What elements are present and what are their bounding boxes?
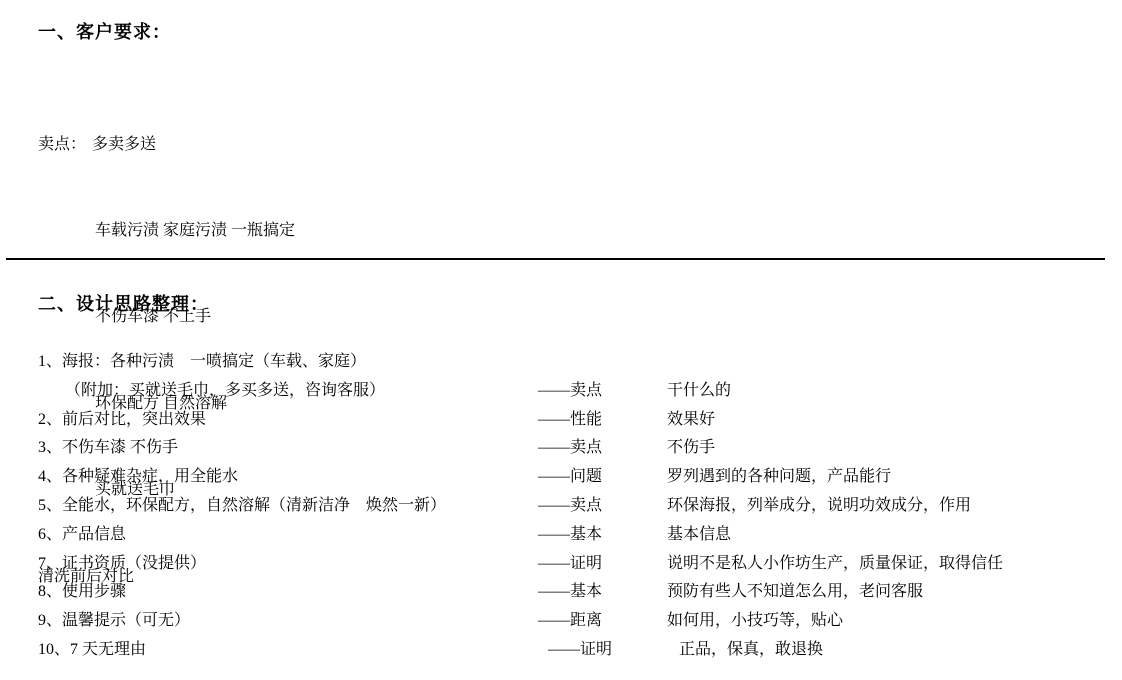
list-item: 6、产品信息 ——基本 基本信息 xyxy=(0,521,1122,550)
item-text: （附加：买就送毛巾，多买多送，咨询客服） xyxy=(65,377,385,406)
item-note: 正品，保真，敢退换 xyxy=(679,636,823,665)
selling-point: 车载污渍 家庭污渍 一瓶搞定 xyxy=(38,217,295,246)
item-note: 预防有些人不知道怎么用，老问客服 xyxy=(667,578,923,607)
item-text: 7、证书资质（没提供） xyxy=(38,550,206,579)
item-text: 3、不伤车漆 不伤手 xyxy=(38,434,178,463)
item-tag: ——问题 xyxy=(538,463,602,492)
item-tag: ——证明 xyxy=(548,636,612,665)
list-item: 5、全能水，环保配方，自然溶解（清新洁净 焕然一新） ——卖点 环保海报，列举成… xyxy=(0,492,1122,521)
item-text: 9、温馨提示（可无） xyxy=(38,607,190,636)
item-note: 干什么的 xyxy=(667,377,731,406)
design-ideas-list: 1、海报：各种污渍 一喷搞定（车载、家庭） （附加：买就送毛巾，多买多送，咨询客… xyxy=(0,348,1122,665)
item-text: 4、各种疑难杂症，用全能水 xyxy=(38,463,238,492)
item-tag: ——基本 xyxy=(538,521,602,550)
item-tag: ——性能 xyxy=(538,406,602,435)
list-item: 7、证书资质（没提供） ——证明 说明不是私人小作坊生产，质量保证，取得信任 xyxy=(0,550,1122,579)
list-item: 2、前后对比，突出效果 ——性能 效果好 xyxy=(0,406,1122,435)
item-tag: ——卖点 xyxy=(538,492,602,521)
list-item: 9、温馨提示（可无） ——距离 如何用，小技巧等，贴心 xyxy=(0,607,1122,636)
horizontal-divider xyxy=(6,258,1105,260)
list-item: 1、海报：各种污渍 一喷搞定（车载、家庭） xyxy=(0,348,1122,377)
item-note: 说明不是私人小作坊生产，质量保证，取得信任 xyxy=(667,550,1003,579)
item-text: 2、前后对比，突出效果 xyxy=(38,406,206,435)
item-text: 8、使用步骤 xyxy=(38,578,126,607)
selling-points-line: 卖点：多卖多送 xyxy=(38,131,295,160)
list-item: 4、各种疑难杂症，用全能水 ——问题 罗列遇到的各种问题，产品能行 xyxy=(0,463,1122,492)
item-note: 基本信息 xyxy=(667,521,731,550)
document-page: 一、客户要求： 卖点：多卖多送 车载污渍 家庭污渍 一瓶搞定 不伤车漆 不上手 … xyxy=(0,0,1122,680)
item-note: 环保海报，列举成分，说明功效成分，作用 xyxy=(667,492,971,521)
item-tag: ——卖点 xyxy=(538,377,602,406)
item-text: 5、全能水，环保配方，自然溶解（清新洁净 焕然一新） xyxy=(38,492,446,521)
item-note: 罗列遇到的各种问题，产品能行 xyxy=(667,463,891,492)
item-note: 效果好 xyxy=(667,406,715,435)
item-tag: ——基本 xyxy=(538,578,602,607)
list-item: 8、使用步骤 ——基本 预防有些人不知道怎么用，老问客服 xyxy=(0,578,1122,607)
section1-title: 一、客户要求： xyxy=(38,18,171,44)
selling-point: 多卖多送 xyxy=(92,136,156,153)
item-text: 10、7 天无理由 xyxy=(38,636,146,665)
item-tag: ——距离 xyxy=(538,607,602,636)
list-item: 10、7 天无理由 ——证明 正品，保真，敢退换 xyxy=(0,636,1122,665)
item-tag: ——证明 xyxy=(538,550,602,579)
list-item: （附加：买就送毛巾，多买多送，咨询客服） ——卖点 干什么的 xyxy=(0,377,1122,406)
list-item: 3、不伤车漆 不伤手 ——卖点 不伤手 xyxy=(0,434,1122,463)
item-tag: ——卖点 xyxy=(538,434,602,463)
item-note: 如何用，小技巧等，贴心 xyxy=(667,607,843,636)
item-note: 不伤手 xyxy=(667,434,715,463)
section2-title: 二、设计思路整理： xyxy=(38,290,209,316)
item-text: 6、产品信息 xyxy=(38,521,126,550)
selling-points-label: 卖点： xyxy=(38,136,86,153)
item-text: 1、海报：各种污渍 一喷搞定（车载、家庭） xyxy=(38,348,366,377)
